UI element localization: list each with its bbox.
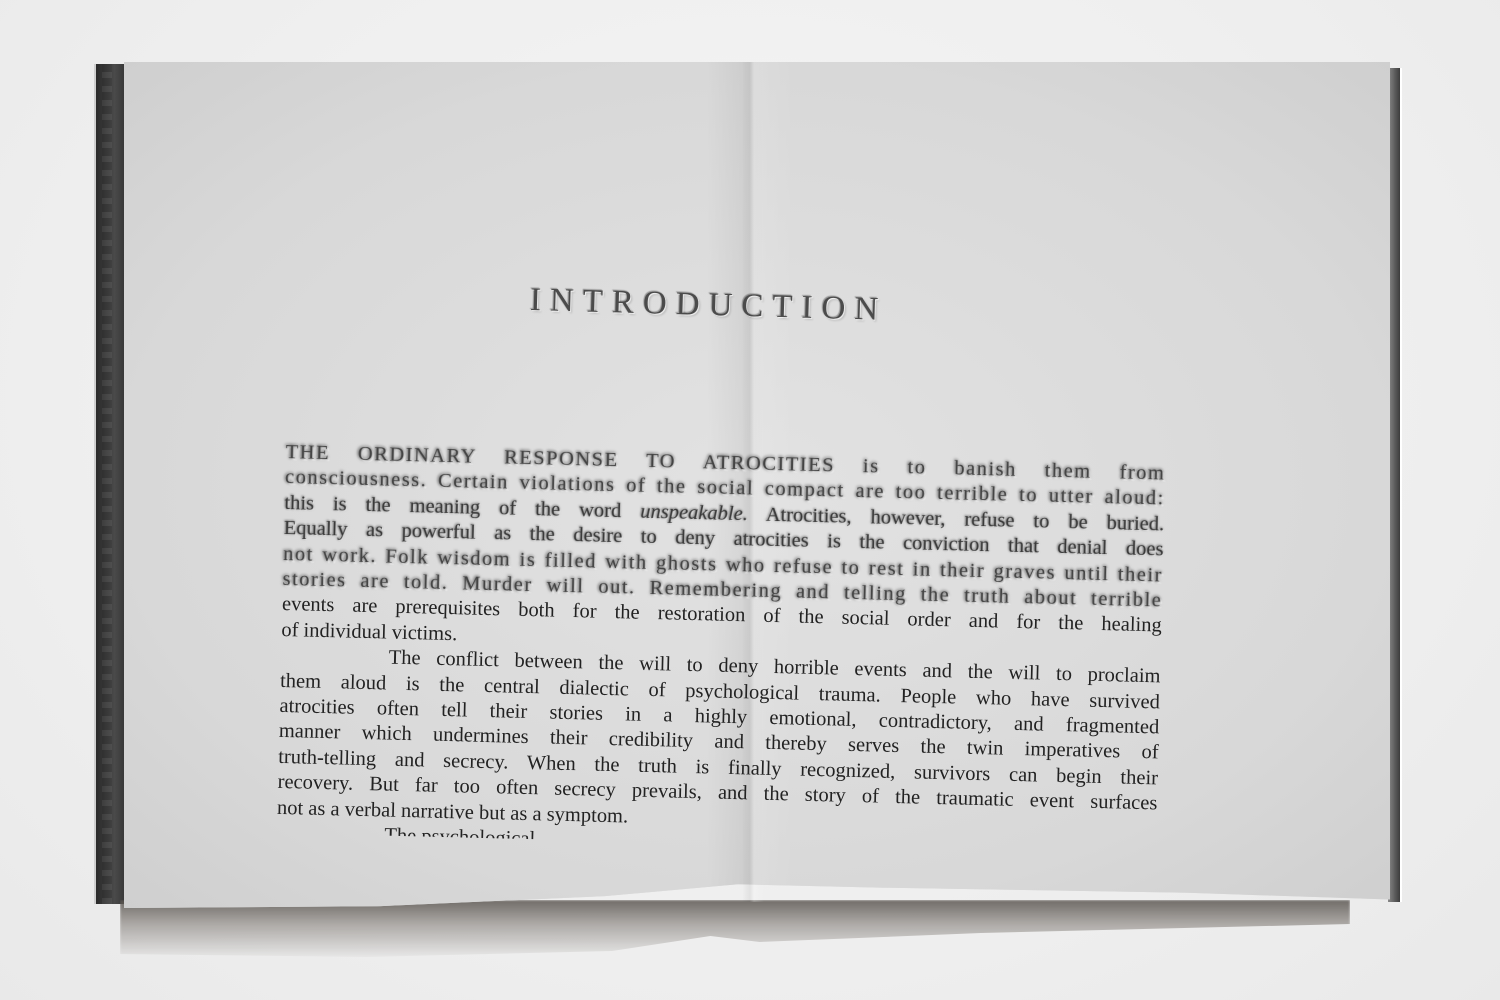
photo-scene: INTRODUCTION THE ORDINARY RESPONSE TO AT… xyxy=(0,0,1500,1000)
paragraph: The conflict between the will to deny ho… xyxy=(277,643,1161,842)
italic-word: unspeakable. xyxy=(640,500,748,525)
body-text: THE ORDINARY RESPONSE TO ATROCITIES is t… xyxy=(276,440,1165,854)
paragraph-damaged: THE ORDINARY RESPONSE TO ATROCITIES is t… xyxy=(281,440,1166,665)
book-shadow xyxy=(120,900,1350,960)
book-back-cover-right-edge xyxy=(1388,68,1402,902)
